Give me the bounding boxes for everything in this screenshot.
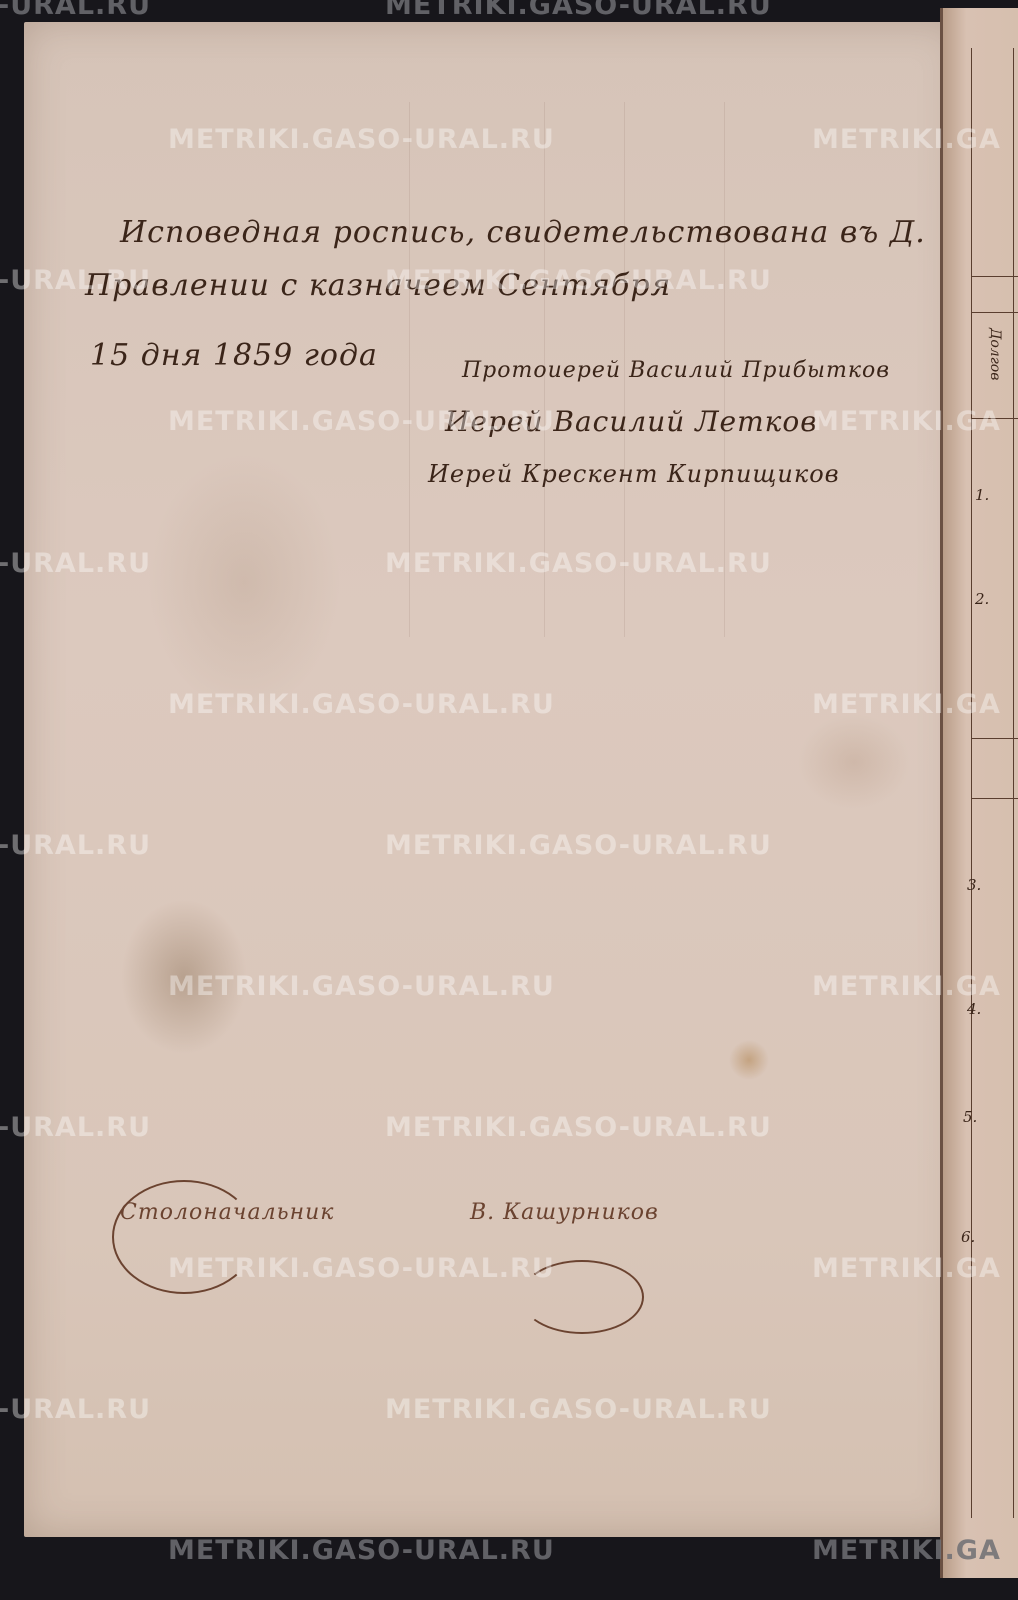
watermark: METRIKI.GASO-URAL.RU	[168, 1535, 555, 1566]
signature-priest-1: Иерей Василий Летков	[445, 405, 818, 438]
adjacent-page-edge: Долгов 1. 2. 3. 4. 5. 6.	[940, 8, 1018, 1578]
row-number: 5.	[963, 1108, 977, 1126]
heading-line-1: Исповедная роспись, свидетельствована въ…	[120, 215, 926, 250]
column-rule	[1013, 48, 1014, 1518]
watermark: -URAL.RU	[0, 0, 151, 21]
row-rule	[971, 798, 1018, 799]
row-number: 4.	[967, 1000, 981, 1018]
flourish-decoration	[520, 1260, 644, 1334]
row-number: 6.	[961, 1228, 975, 1246]
row-number: 2.	[975, 590, 989, 608]
faint-ruling-line	[409, 102, 410, 637]
watermark: METRIKI.GASO-URAL.RU	[385, 0, 772, 21]
row-rule	[971, 312, 1018, 313]
column-rule	[971, 48, 972, 1518]
flourish-decoration	[112, 1180, 256, 1294]
bottom-note-label: Столоначальник	[120, 1200, 334, 1225]
bottom-note-signature: В. Кашурников	[470, 1200, 659, 1225]
signature-archpriest: Протоиерей Василий Прибытков	[462, 358, 890, 383]
signature-priest-2: Иерей Крескент Кирпищиков	[428, 460, 840, 488]
row-number: 1.	[975, 486, 989, 504]
column-header-fragment: Долгов	[987, 328, 1003, 380]
row-rule	[971, 418, 1018, 419]
row-rule	[971, 276, 1018, 277]
row-number: 3.	[967, 876, 981, 894]
heading-line-3: 15 дня 1859 года	[90, 338, 378, 373]
heading-line-2: Правлении с казначеем Сентября	[85, 268, 671, 303]
row-rule	[971, 738, 1018, 739]
